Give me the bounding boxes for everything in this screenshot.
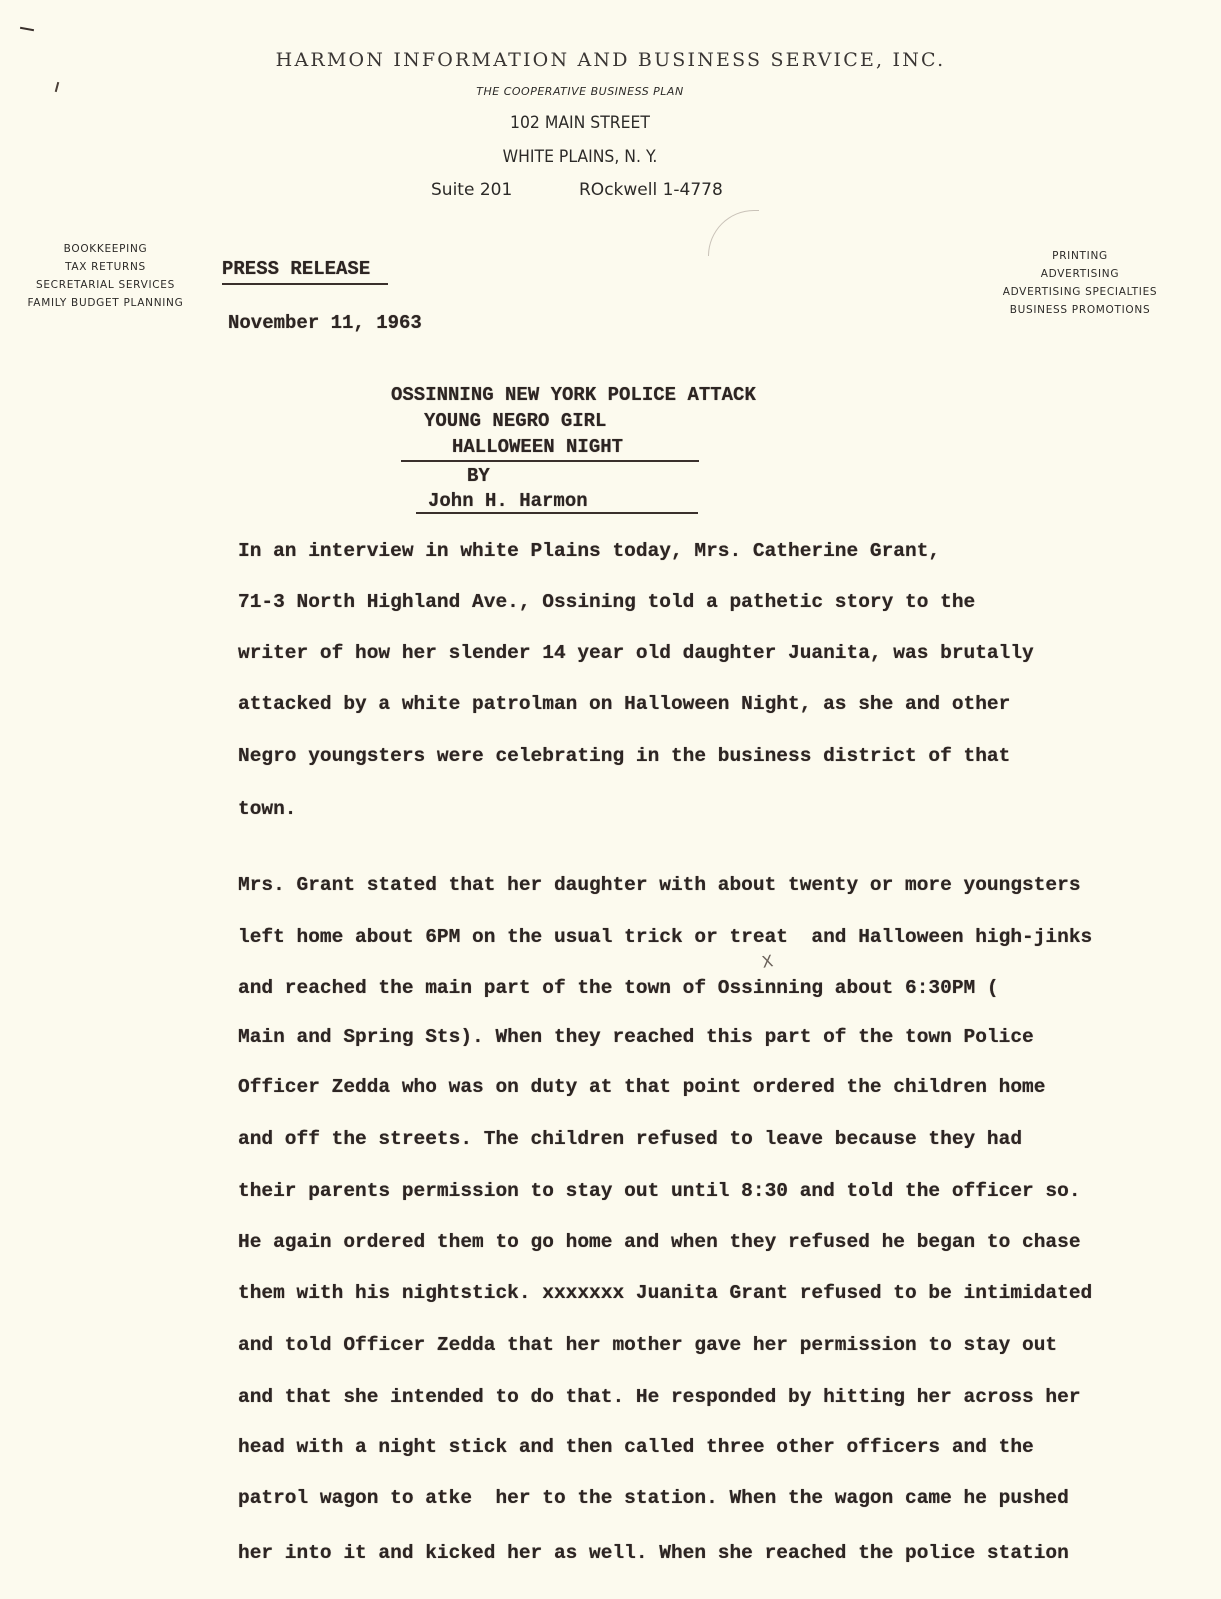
address-street: 102 MAIN STREET xyxy=(46,113,1113,133)
service-item: SECRETARIAL SERVICES xyxy=(8,276,203,294)
pencil-mark xyxy=(708,210,759,256)
press-release-label: PRESS RELEASE xyxy=(222,258,370,280)
author-name: John H. Harmon xyxy=(428,490,588,512)
service-item: ADVERTISING SPECIALTIES xyxy=(985,283,1175,301)
company-name: HARMON INFORMATION AND BUSINESS SERVICE,… xyxy=(0,49,1221,71)
underline-rule xyxy=(222,283,388,285)
services-list-left: BOOKKEEPING TAX RETURNS SECRETARIAL SERV… xyxy=(8,240,203,312)
author-rule xyxy=(416,512,698,514)
services-list-right: PRINTING ADVERTISING ADVERTISING SPECIAL… xyxy=(985,247,1175,319)
body-line: and off the streets. The children refuse… xyxy=(238,1128,1022,1150)
service-item: BUSINESS PROMOTIONS xyxy=(985,301,1175,319)
body-line: writer of how her slender 14 year old da… xyxy=(238,642,1034,664)
body-line: town. xyxy=(238,798,297,820)
body-line: head with a night stick and then called … xyxy=(238,1436,1034,1458)
document-page: HARMON INFORMATION AND BUSINESS SERVICE,… xyxy=(0,0,1221,1599)
headline-line: OSSINNING NEW YORK POLICE ATTACK xyxy=(391,384,756,406)
company-tagline: THE COOPERATIVE BUSINESS PLAN xyxy=(0,85,1160,98)
headline-rule xyxy=(401,460,699,462)
stray-ink-mark xyxy=(20,27,34,31)
body-line: attacked by a white patrolman on Hallowe… xyxy=(238,693,1010,715)
service-item: BOOKKEEPING xyxy=(8,240,203,258)
body-line: patrol wagon to atke her to the station.… xyxy=(238,1487,1069,1509)
body-line: and that she intended to do that. He res… xyxy=(238,1386,1081,1408)
handwritten-check-mark: X xyxy=(760,951,774,972)
service-item: ADVERTISING xyxy=(985,265,1175,283)
service-item: TAX RETURNS xyxy=(8,258,203,276)
body-line: In an interview in white Plains today, M… xyxy=(238,540,940,562)
body-line: their parents permission to stay out unt… xyxy=(238,1180,1081,1202)
service-item: PRINTING xyxy=(985,247,1175,265)
body-line: and reached the main part of the town of… xyxy=(238,977,999,999)
headline-line: YOUNG NEGRO GIRL xyxy=(424,410,606,432)
body-line: them with his nightstick. xxxxxxx Juanit… xyxy=(238,1282,1092,1304)
headline-line: HALLOWEEN NIGHT xyxy=(452,436,623,458)
service-item: FAMILY BUDGET PLANNING xyxy=(8,294,203,312)
body-line: Officer Zedda who was on duty at that po… xyxy=(238,1076,1045,1098)
body-line: her into it and kicked her as well. When… xyxy=(238,1542,1069,1564)
body-line: Main and Spring Sts). When they reached … xyxy=(238,1026,1034,1048)
body-line: and told Officer Zedda that her mother g… xyxy=(238,1334,1057,1356)
body-line: He again ordered them to go home and whe… xyxy=(238,1231,1081,1253)
body-line: left home about 6PM on the usual trick o… xyxy=(238,926,1092,948)
body-line: 71-3 North Highland Ave., Ossining told … xyxy=(238,591,975,613)
phone-number: ROckwell 1-4778 xyxy=(579,180,723,200)
body-line: Mrs. Grant stated that her daughter with… xyxy=(238,874,1081,896)
suite-number: Suite 201 xyxy=(431,180,512,200)
byline-label: BY xyxy=(467,465,490,487)
release-date: November 11, 1963 xyxy=(228,312,422,334)
address-city: WHITE PLAINS, N. Y. xyxy=(46,147,1113,167)
body-line: Negro youngsters were celebrating in the… xyxy=(238,745,1010,767)
